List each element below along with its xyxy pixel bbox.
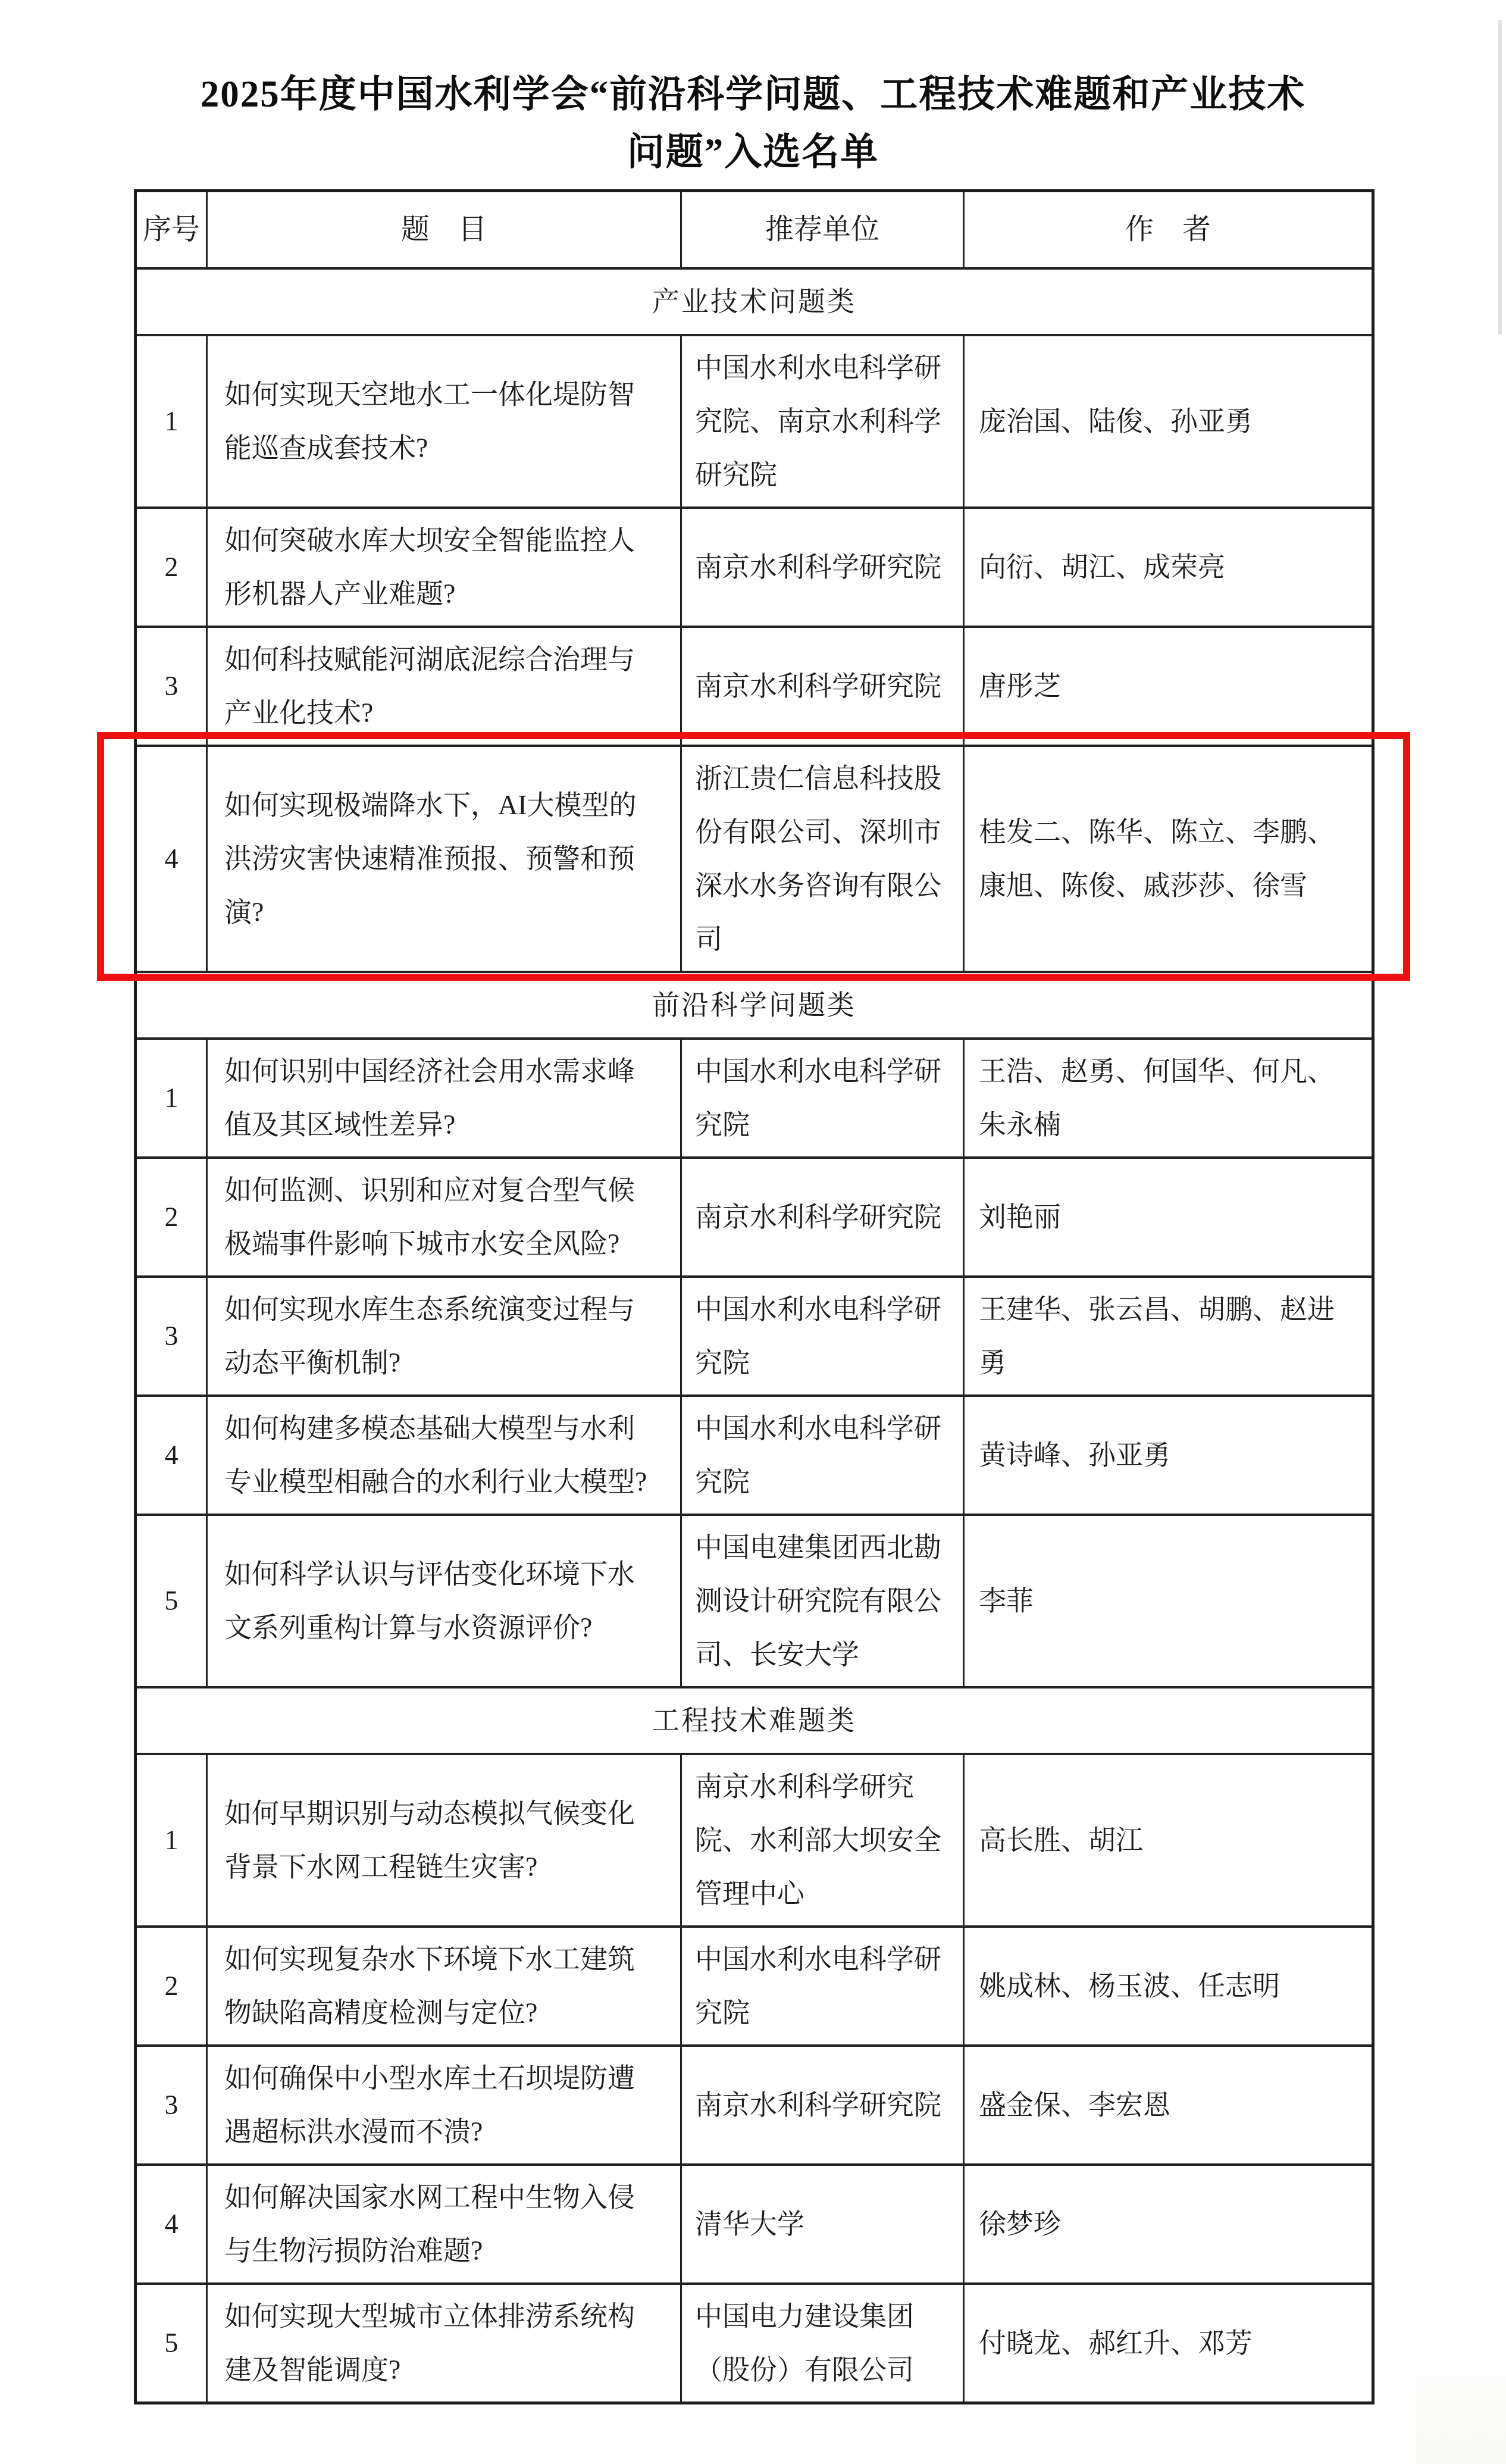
recommender-cell: 中国水利水电科学研究院、南京水利科学研究院	[681, 335, 964, 508]
recommender-cell: 南京水利科学研究院	[681, 1158, 964, 1277]
recommender-cell: 中国电力建设集团（股份）有限公司	[681, 2284, 964, 2403]
topic-cell: 如何早期识别与动态模拟气候变化背景下水网工程链生灾害?	[207, 1754, 681, 1927]
table-row: 4如何构建多模态基础大模型与水利专业模型相融合的水利行业大模型?中国水利水电科学…	[136, 1396, 1373, 1515]
row-number-cell: 3	[136, 627, 207, 746]
authors-cell: 王建华、张云昌、胡鹏、赵进勇	[964, 1277, 1373, 1396]
section-header-row: 产业技术问题类	[136, 268, 1373, 335]
row-number-cell: 4	[136, 746, 207, 972]
scan-artifact-right-edge	[1498, 20, 1502, 334]
row-number-cell: 3	[136, 1277, 207, 1396]
row-number-cell: 2	[136, 1927, 207, 2046]
header-cell-org: 推荐单位	[681, 191, 964, 268]
row-number-cell: 5	[136, 1515, 207, 1687]
table-row: 5如何实现大型城市立体排涝系统构建及智能调度?中国电力建设集团（股份）有限公司付…	[136, 2284, 1373, 2403]
recommender-cell: 中国水利水电科学研究院	[681, 1277, 964, 1396]
table-row: 3如何实现水库生态系统演变过程与动态平衡机制?中国水利水电科学研究院王建华、张云…	[136, 1277, 1373, 1396]
topic-cell: 如何科学认识与评估变化环境下水文系列重构计算与水资源评价?	[207, 1515, 681, 1687]
table-row: 3如何科技赋能河湖底泥综合治理与产业化技术?南京水利科学研究院唐彤芝	[136, 627, 1373, 746]
table-row: 1如何实现天空地水工一体化堤防智能巡查成套技术?中国水利水电科学研究院、南京水利…	[136, 335, 1373, 508]
table-row: 1如何早期识别与动态模拟气候变化背景下水网工程链生灾害?南京水利科学研究院、水利…	[136, 1754, 1373, 1927]
table-row: 1如何识别中国经济社会用水需求峰值及其区域性差异?中国水利水电科学研究院王浩、赵…	[136, 1039, 1373, 1158]
header-cell-authors: 作 者	[964, 191, 1373, 268]
topic-cell: 如何监测、识别和应对复合型气候极端事件影响下城市水安全风险?	[207, 1158, 681, 1277]
row-number-cell: 5	[136, 2284, 207, 2403]
scanned-document: { "page": { "title_line1": "2025年度中国水利学会…	[0, 0, 1506, 2464]
table-row: 4如何解决国家水网工程中生物入侵与生物污损防治难题?清华大学徐梦珍	[136, 2165, 1373, 2284]
recommender-cell: 南京水利科学研究院	[681, 2046, 964, 2165]
table-body: 产业技术问题类1如何实现天空地水工一体化堤防智能巡查成套技术?中国水利水电科学研…	[136, 268, 1373, 2403]
authors-cell: 庞治国、陆俊、孙亚勇	[964, 335, 1373, 508]
authors-cell: 唐彤芝	[964, 627, 1373, 746]
topic-cell: 如何突破水库大坝安全智能监控人形机器人产业难题?	[207, 508, 681, 627]
authors-cell: 李菲	[964, 1515, 1373, 1687]
authors-cell: 王浩、赵勇、何国华、何凡、朱永楠	[964, 1039, 1373, 1158]
section-category-label: 产业技术问题类	[136, 268, 1373, 335]
recommender-cell: 浙江贵仁信息科技股份有限公司、深圳市深水水务咨询有限公司	[681, 746, 964, 972]
authors-cell: 桂发二、陈华、陈立、李鹏、康旭、陈俊、戚莎莎、徐雪	[964, 746, 1373, 972]
table-row: 5如何科学认识与评估变化环境下水文系列重构计算与水资源评价?中国电建集团西北勘测…	[136, 1515, 1373, 1687]
topic-cell: 如何识别中国经济社会用水需求峰值及其区域性差异?	[207, 1039, 681, 1158]
row-number-cell: 2	[136, 508, 207, 627]
topic-cell: 如何实现极端降水下，AI大模型的洪涝灾害快速精准预报、预警和预演?	[207, 746, 681, 972]
table-row: 2如何监测、识别和应对复合型气候极端事件影响下城市水安全风险?南京水利科学研究院…	[136, 1158, 1373, 1277]
table-header-row: 序号 题 目 推荐单位 作 者	[136, 191, 1373, 268]
recommender-cell: 中国水利水电科学研究院	[681, 1927, 964, 2046]
table-row: 2如何突破水库大坝安全智能监控人形机器人产业难题?南京水利科学研究院向衍、胡江、…	[136, 508, 1373, 627]
topic-cell: 如何构建多模态基础大模型与水利专业模型相融合的水利行业大模型?	[207, 1396, 681, 1515]
row-number-cell: 4	[136, 2165, 207, 2284]
authors-cell: 向衍、胡江、成荣亮	[964, 508, 1373, 627]
page-title-line-2: 问题”入选名单	[0, 123, 1506, 181]
topic-cell: 如何实现大型城市立体排涝系统构建及智能调度?	[207, 2284, 681, 2403]
authors-cell: 徐梦珍	[964, 2165, 1373, 2284]
section-category-label: 前沿科学问题类	[136, 972, 1373, 1039]
row-number-cell: 4	[136, 1396, 207, 1515]
topic-cell: 如何确保中小型水库土石坝堤防遭遇超标洪水漫而不溃?	[207, 2046, 681, 2165]
section-category-label: 工程技术难题类	[136, 1687, 1373, 1754]
topic-cell: 如何科技赋能河湖底泥综合治理与产业化技术?	[207, 627, 681, 746]
authors-cell: 刘艳丽	[964, 1158, 1373, 1277]
table-row: 2如何实现复杂水下环境下水工建筑物缺陷高精度检测与定位?中国水利水电科学研究院姚…	[136, 1927, 1373, 2046]
recommender-cell: 南京水利科学研究院	[681, 627, 964, 746]
authors-cell: 高长胜、胡江	[964, 1754, 1373, 1927]
topic-cell: 如何解决国家水网工程中生物入侵与生物污损防治难题?	[207, 2165, 681, 2284]
section-header-row: 前沿科学问题类	[136, 972, 1373, 1039]
table-row: 3如何确保中小型水库土石坝堤防遭遇超标洪水漫而不溃?南京水利科学研究院盛金保、李…	[136, 2046, 1373, 2165]
row-number-cell: 2	[136, 1158, 207, 1277]
scan-artifact-bottom-right	[1416, 2375, 1506, 2464]
table-row: 4如何实现极端降水下，AI大模型的洪涝灾害快速精准预报、预警和预演?浙江贵仁信息…	[136, 746, 1373, 972]
row-number-cell: 3	[136, 2046, 207, 2165]
page-title: 2025年度中国水利学会“前沿科学问题、工程技术难题和产业技术 问题”入选名单	[0, 0, 1506, 181]
topic-cell: 如何实现天空地水工一体化堤防智能巡查成套技术?	[207, 335, 681, 508]
authors-cell: 盛金保、李宏恩	[964, 2046, 1373, 2165]
topic-cell: 如何实现水库生态系统演变过程与动态平衡机制?	[207, 1277, 681, 1396]
row-number-cell: 1	[136, 335, 207, 508]
topic-cell: 如何实现复杂水下环境下水工建筑物缺陷高精度检测与定位?	[207, 1927, 681, 2046]
row-number-cell: 1	[136, 1039, 207, 1158]
authors-cell: 姚成林、杨玉波、任志明	[964, 1927, 1373, 2046]
recommender-cell: 清华大学	[681, 2165, 964, 2284]
selection-list-table: 序号 题 目 推荐单位 作 者 产业技术问题类1如何实现天空地水工一体化堤防智能…	[134, 189, 1375, 2404]
row-number-cell: 1	[136, 1754, 207, 1927]
header-cell-title: 题 目	[207, 191, 681, 268]
recommender-cell: 南京水利科学研究院	[681, 508, 964, 627]
recommender-cell: 南京水利科学研究院、水利部大坝安全管理中心	[681, 1754, 964, 1927]
authors-cell: 黄诗峰、孙亚勇	[964, 1396, 1373, 1515]
authors-cell: 付晓龙、郝红升、邓芳	[964, 2284, 1373, 2403]
recommender-cell: 中国水利水电科学研究院	[681, 1039, 964, 1158]
recommender-cell: 中国电建集团西北勘测设计研究院有限公司、长安大学	[681, 1515, 964, 1687]
section-header-row: 工程技术难题类	[136, 1687, 1373, 1754]
recommender-cell: 中国水利水电科学研究院	[681, 1396, 964, 1515]
header-cell-no: 序号	[136, 191, 207, 268]
page-title-line-1: 2025年度中国水利学会“前沿科学问题、工程技术难题和产业技术	[0, 65, 1506, 123]
